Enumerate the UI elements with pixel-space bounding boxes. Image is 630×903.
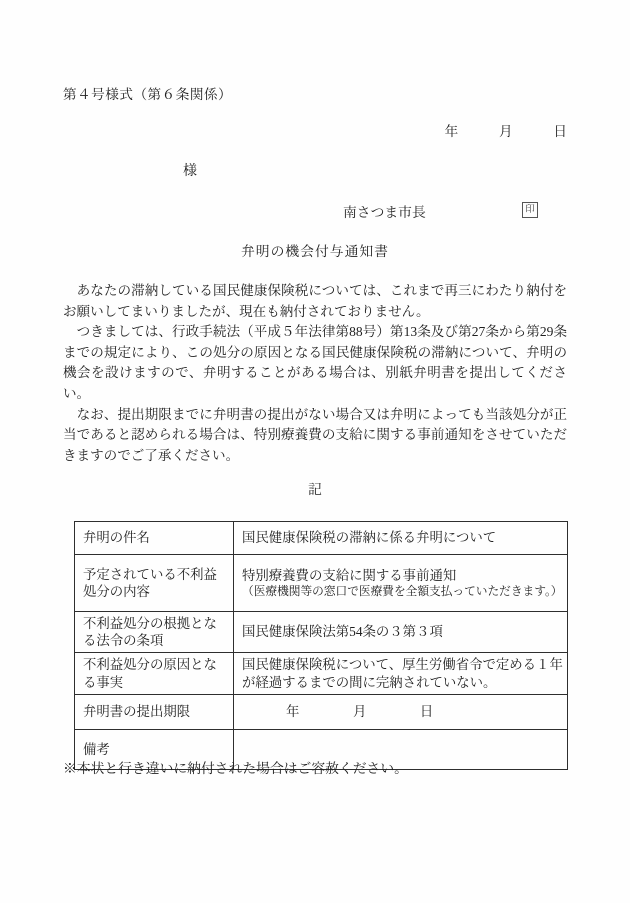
date-line: 年 月 日 xyxy=(63,120,567,140)
row-label: 不利益処分の根拠となる法令の条項 xyxy=(75,612,234,653)
table-row: 予定されている不利益処分の内容 特別療養費の支給に関する事前通知 （医療機関等の… xyxy=(75,555,568,612)
row-label-text: 弁明の件名 xyxy=(83,530,150,545)
document-page: 第４号様式（第６条関係） 年 月 日 様 南さつま市長 印 弁明の機会付与通知書… xyxy=(0,0,630,903)
row-value: 国民健康保険税について、厚生労働省令で定める１年が経過するまでの間に完納されてい… xyxy=(234,653,568,695)
notice-table: 弁明の件名 国民健康保険税の滞納に係る弁明について 予定されている不利益処分の内… xyxy=(74,521,568,770)
row-value-due-date: 年 月 日 xyxy=(234,695,568,730)
row-value: 国民健康保険法第54条の３第３項 xyxy=(234,612,568,653)
row-value-text: 国民健康保険税の滞納に係る弁明について xyxy=(242,530,496,545)
row-value-text: 国民健康保険税について、厚生労働省令で定める１年が経過するまでの間に完納されてい… xyxy=(242,657,563,690)
form-number: 第４号様式（第６条関係） xyxy=(63,83,232,103)
row-value: 国民健康保険税の滞納に係る弁明について xyxy=(234,522,568,555)
record-marker: 記 xyxy=(63,478,567,498)
addressee-line: 様 xyxy=(63,160,567,180)
row-value-text: 国民健康保険法第54条の３第３項 xyxy=(242,624,443,639)
table-row: 弁明書の提出期限 年 月 日 xyxy=(75,695,568,730)
row-label: 弁明の件名 xyxy=(75,522,234,555)
sender-line: 南さつま市長 印 xyxy=(63,201,567,221)
row-value-text: 特別療養費の支給に関する事前通知 xyxy=(242,568,456,583)
row-label-text: 弁明書の提出期限 xyxy=(83,704,190,719)
document-title: 弁明の機会付与通知書 xyxy=(63,240,567,260)
body-text: あなたの滞納している国民健康保険税については、これまで再三にわたり納付をお願いし… xyxy=(63,281,567,466)
paragraph-1: あなたの滞納している国民健康保険税については、これまで再三にわたり納付をお願いし… xyxy=(63,281,567,322)
paragraph-2: つきましては、行政手続法（平成５年法律第88号）第13条及び第27条から第29条… xyxy=(63,322,567,404)
row-label: 弁明書の提出期限 xyxy=(75,695,234,730)
row-value-note: （医療機関等の窓口で医療費を全額支払っていただきます。） xyxy=(242,584,563,599)
row-value: 特別療養費の支給に関する事前通知 （医療機関等の窓口で医療費を全額支払っていただ… xyxy=(234,555,568,612)
row-value-text: 年 月 日 xyxy=(286,704,433,719)
row-label: 予定されている不利益処分の内容 xyxy=(75,555,234,612)
row-label-text: 不利益処分の原因となる事実 xyxy=(83,657,217,690)
paragraph-3: なお、提出期限までに弁明書の提出がない場合又は弁明によっても当該処分が正当である… xyxy=(63,405,567,467)
row-label: 不利益処分の原因となる事実 xyxy=(75,653,234,695)
addressee-honorific: 様 xyxy=(63,164,197,179)
table-row: 不利益処分の根拠となる法令の条項 国民健康保険法第54条の３第３項 xyxy=(75,612,568,653)
table-row: 弁明の件名 国民健康保険税の滞納に係る弁明について xyxy=(75,522,568,555)
row-label-text: 不利益処分の根拠となる法令の条項 xyxy=(83,616,217,649)
sender-name: 南さつま市長 xyxy=(343,205,426,220)
seal-stamp-icon: 印 xyxy=(522,202,538,218)
row-label-text: 備考 xyxy=(83,742,110,757)
row-label-text: 予定されている不利益処分の内容 xyxy=(83,567,217,600)
footnote: ※本状と行き違いに納付された場合はご容赦ください。 xyxy=(63,757,583,777)
table-row: 不利益処分の原因となる事実 国民健康保険税について、厚生労働省令で定める１年が経… xyxy=(75,653,568,695)
